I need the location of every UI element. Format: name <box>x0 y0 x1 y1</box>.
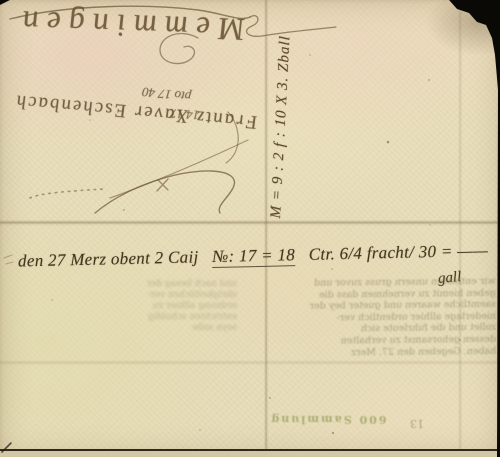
letter-paper: Memmingen Frantz Xaver Eschenbach pto 17… <box>0 0 500 457</box>
corner-shading <box>0 0 500 457</box>
bottom-paper-edge <box>0 449 500 457</box>
bleedthrough-line: entrichten schuldig <box>55 312 237 323</box>
cross-mark <box>157 179 168 191</box>
rotated-margin-note: M = 9 : 2 f : 10 X 3. Zball <box>269 35 294 219</box>
charge-line-numbers: №: 17 = 18 <box>212 245 295 268</box>
horizontal-fold-main <box>0 220 500 226</box>
flourish-rising-line <box>110 140 248 198</box>
vertical-fold-right <box>458 0 463 457</box>
bleedthrough-line: seyn solle <box>55 323 237 334</box>
left-margin-flecks <box>4 255 13 264</box>
charge-line: den 27 Merz obent 2 Caij №: 17 = 18 Ctr.… <box>18 242 498 270</box>
bleedthrough-left-block: und nach besag der obrigkeitlichen ver- … <box>55 279 237 334</box>
charge-line-amount: Ctr. 6/4 fracht/ 30 = —— <box>309 241 489 264</box>
inverted-city-script: Memmingen <box>3 6 257 47</box>
inverted-fragment-2: 14 17 <box>170 107 200 122</box>
collector-stamp: 600 Sammlung <box>262 413 394 426</box>
bleedthrough-line: obrigkeitlichen ver- <box>55 290 237 301</box>
vertical-fold-center <box>264 0 269 457</box>
scan-stage: Memmingen Frantz Xaver Eschenbach pto 17… <box>0 0 500 457</box>
bleedthrough-line: ordnung allhier zu <box>55 301 237 312</box>
charge-line-date: den 27 Merz obent 2 Caij <box>18 247 199 270</box>
bleedthrough-right-block: wir entbieten unsern gruss zuvor und geb… <box>250 276 497 360</box>
inverted-name-script: Frantz Xaver Eschenbach <box>0 89 280 133</box>
collector-stamp-number: 13 <box>410 417 424 430</box>
horizontal-fold-faint <box>0 360 500 366</box>
dotted-rule <box>30 189 104 198</box>
flourish-paraph <box>95 171 234 213</box>
flourish-top-loop <box>247 16 336 37</box>
bleedthrough-line: und nach besag der <box>55 279 237 290</box>
inverted-fragment-1: pto 17 40 <box>141 85 191 103</box>
ink-flourish-layer <box>0 0 500 457</box>
